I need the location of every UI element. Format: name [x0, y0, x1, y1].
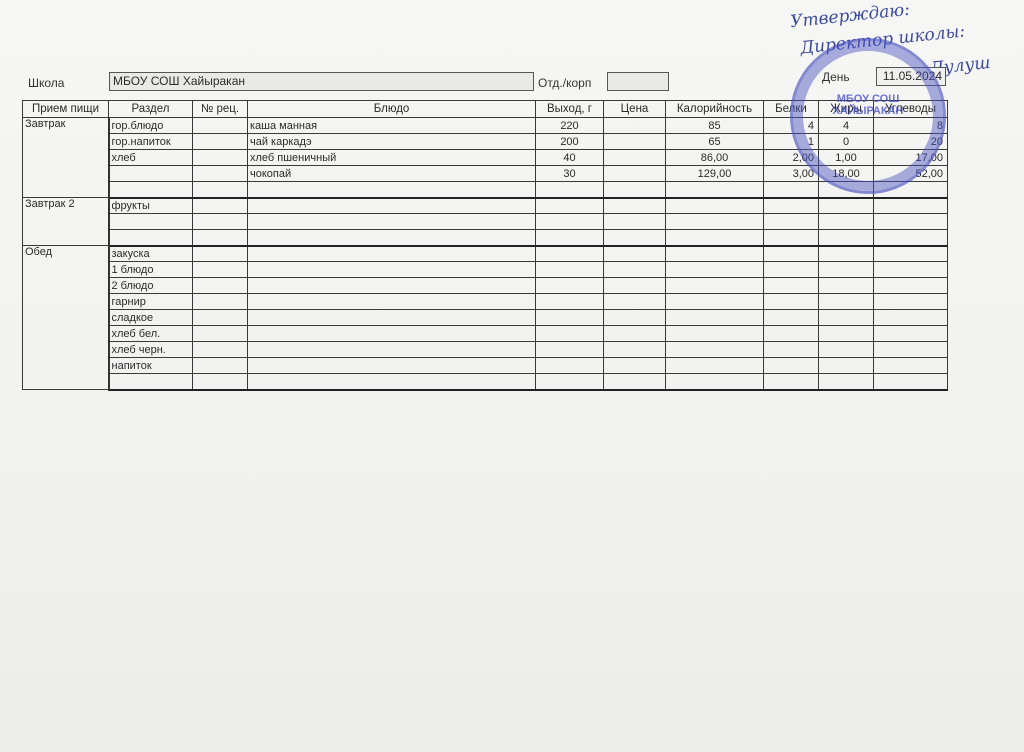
price-cell[interactable] [604, 166, 666, 182]
carbs-cell[interactable] [874, 198, 948, 214]
recipe-cell[interactable] [193, 246, 248, 262]
yield-cell[interactable]: 30 [536, 166, 604, 182]
calories-cell[interactable] [666, 230, 764, 246]
fats-cell[interactable]: 18,00 [819, 166, 874, 182]
section-cell[interactable]: хлеб черн. [109, 342, 193, 358]
meal-name-cell: Обед [23, 246, 109, 390]
dish-cell[interactable] [248, 342, 536, 358]
recipe-cell[interactable] [193, 326, 248, 342]
table-row: гор.напитокчай каркадэ200651020 [23, 134, 948, 150]
recipe-cell[interactable] [193, 118, 248, 134]
section-cell[interactable]: гор.блюдо [109, 118, 193, 134]
section-cell[interactable]: гор.напиток [109, 134, 193, 150]
section-cell[interactable]: 2 блюдо [109, 278, 193, 294]
carbs-cell[interactable] [874, 230, 948, 246]
dish-cell[interactable] [248, 198, 536, 214]
dish-cell[interactable] [248, 278, 536, 294]
carbs-cell[interactable] [874, 374, 948, 390]
proteins-cell[interactable] [764, 198, 819, 214]
price-cell[interactable] [604, 134, 666, 150]
carbs-cell[interactable] [874, 214, 948, 230]
fats-cell[interactable] [819, 294, 874, 310]
calories-cell[interactable]: 86,00 [666, 150, 764, 166]
recipe-cell[interactable] [193, 278, 248, 294]
fats-cell[interactable] [819, 262, 874, 278]
calories-cell[interactable] [666, 358, 764, 374]
col-dish: Блюдо [248, 101, 536, 118]
carbs-cell[interactable] [874, 326, 948, 342]
proteins-cell[interactable] [764, 230, 819, 246]
dish-cell[interactable] [248, 182, 536, 198]
proteins-cell[interactable] [764, 262, 819, 278]
table-row: чокопай30129,003,0018,0052,00 [23, 166, 948, 182]
school-label: Школа [28, 76, 64, 90]
section-cell[interactable]: гарнир [109, 294, 193, 310]
fats-cell[interactable]: 0 [819, 134, 874, 150]
col-recipe: № рец. [193, 101, 248, 118]
fats-cell[interactable] [819, 230, 874, 246]
carbs-cell[interactable] [874, 294, 948, 310]
table-row: Завтрак 2фрукты [23, 198, 948, 214]
table-row: хлеб черн. [23, 342, 948, 358]
calories-cell[interactable] [666, 198, 764, 214]
yield-cell[interactable] [536, 342, 604, 358]
calories-cell[interactable] [666, 214, 764, 230]
price-cell[interactable] [604, 326, 666, 342]
table-row: напиток [23, 358, 948, 374]
proteins-cell[interactable] [764, 294, 819, 310]
dish-cell[interactable]: чай каркадэ [248, 134, 536, 150]
dish-cell[interactable]: чокопай [248, 166, 536, 182]
table-row: сладкое [23, 310, 948, 326]
recipe-cell[interactable] [193, 230, 248, 246]
proteins-cell[interactable] [764, 278, 819, 294]
price-cell[interactable] [604, 150, 666, 166]
recipe-cell[interactable] [193, 198, 248, 214]
yield-cell[interactable] [536, 262, 604, 278]
col-meal: Прием пищи [23, 101, 109, 118]
fats-cell[interactable]: 1,00 [819, 150, 874, 166]
calories-cell[interactable]: 85 [666, 118, 764, 134]
carbs-cell[interactable]: 52,00 [874, 166, 948, 182]
recipe-cell[interactable] [193, 374, 248, 390]
school-field[interactable]: МБОУ СОШ Хайыракан [109, 72, 534, 91]
proteins-cell[interactable] [764, 310, 819, 326]
dish-cell[interactable]: каша манная [248, 118, 536, 134]
day-field[interactable]: 11.05.2024 [876, 67, 946, 86]
day-label: День [822, 70, 850, 84]
fats-cell[interactable] [819, 374, 874, 390]
recipe-cell[interactable] [193, 166, 248, 182]
proteins-cell[interactable] [764, 358, 819, 374]
carbs-cell[interactable] [874, 278, 948, 294]
calories-cell[interactable] [666, 310, 764, 326]
col-proteins: Белки [764, 101, 819, 118]
dish-cell[interactable] [248, 374, 536, 390]
section-cell[interactable] [109, 374, 193, 390]
table-row: хлеб бел. [23, 326, 948, 342]
col-section: Раздел [109, 101, 193, 118]
yield-cell[interactable] [536, 358, 604, 374]
recipe-cell[interactable] [193, 294, 248, 310]
fats-cell[interactable] [819, 246, 874, 262]
table-row: Завтракгор.блюдокаша манная22085448 [23, 118, 948, 134]
section-cell[interactable]: 1 блюдо [109, 262, 193, 278]
dept-label: Отд./корп [538, 76, 591, 90]
fats-cell[interactable] [819, 342, 874, 358]
table-row: 2 блюдо [23, 278, 948, 294]
proteins-cell[interactable]: 4 [764, 118, 819, 134]
section-cell[interactable]: напиток [109, 358, 193, 374]
carbs-cell[interactable] [874, 182, 948, 198]
calories-cell[interactable] [666, 246, 764, 262]
yield-cell[interactable]: 220 [536, 118, 604, 134]
table-row: хлебхлеб пшеничный4086,002,001,0017,00 [23, 150, 948, 166]
calories-cell[interactable] [666, 342, 764, 358]
calories-cell[interactable]: 129,00 [666, 166, 764, 182]
price-cell[interactable] [604, 310, 666, 326]
yield-cell[interactable]: 200 [536, 134, 604, 150]
carbs-cell[interactable] [874, 246, 948, 262]
carbs-cell[interactable]: 20 [874, 134, 948, 150]
col-fats: Жиры [819, 101, 874, 118]
price-cell[interactable] [604, 230, 666, 246]
section-cell[interactable] [109, 230, 193, 246]
dish-cell[interactable] [248, 310, 536, 326]
calories-cell[interactable] [666, 278, 764, 294]
price-cell[interactable] [604, 198, 666, 214]
price-cell[interactable] [604, 246, 666, 262]
dish-cell[interactable] [248, 326, 536, 342]
table-row [23, 214, 948, 230]
dish-cell[interactable]: хлеб пшеничный [248, 150, 536, 166]
section-cell[interactable]: хлеб [109, 150, 193, 166]
recipe-cell[interactable] [193, 358, 248, 374]
section-cell[interactable] [109, 182, 193, 198]
fats-cell[interactable] [819, 358, 874, 374]
section-cell[interactable]: фрукты [109, 198, 193, 214]
section-cell[interactable] [109, 166, 193, 182]
fats-cell[interactable] [819, 198, 874, 214]
yield-cell[interactable] [536, 294, 604, 310]
col-yield: Выход, г [536, 101, 604, 118]
price-cell[interactable] [604, 294, 666, 310]
calories-cell[interactable] [666, 182, 764, 198]
proteins-cell[interactable] [764, 326, 819, 342]
recipe-cell[interactable] [193, 182, 248, 198]
recipe-cell[interactable] [193, 310, 248, 326]
meal-name-cell: Завтрак 2 [23, 198, 109, 246]
price-cell[interactable] [604, 374, 666, 390]
recipe-cell[interactable] [193, 134, 248, 150]
carbs-cell[interactable]: 8 [874, 118, 948, 134]
recipe-cell[interactable] [193, 214, 248, 230]
meal-name-cell: Завтрак [23, 118, 109, 198]
dish-cell[interactable] [248, 214, 536, 230]
section-cell[interactable]: закуска [109, 246, 193, 262]
yield-cell[interactable] [536, 278, 604, 294]
fats-cell[interactable] [819, 214, 874, 230]
carbs-cell[interactable] [874, 358, 948, 374]
proteins-cell[interactable] [764, 182, 819, 198]
price-cell[interactable] [604, 278, 666, 294]
proteins-cell[interactable]: 3,00 [764, 166, 819, 182]
carbs-cell[interactable] [874, 262, 948, 278]
price-cell[interactable] [604, 358, 666, 374]
yield-cell[interactable] [536, 182, 604, 198]
dish-cell[interactable] [248, 294, 536, 310]
calories-cell[interactable]: 65 [666, 134, 764, 150]
fats-cell[interactable] [819, 182, 874, 198]
proteins-cell[interactable] [764, 374, 819, 390]
yield-cell[interactable]: 40 [536, 150, 604, 166]
dish-cell[interactable] [248, 230, 536, 246]
yield-cell[interactable] [536, 198, 604, 214]
carbs-cell[interactable] [874, 310, 948, 326]
price-cell[interactable] [604, 262, 666, 278]
proteins-cell[interactable] [764, 342, 819, 358]
section-cell[interactable] [109, 214, 193, 230]
yield-cell[interactable] [536, 374, 604, 390]
col-calories: Калорийность [666, 101, 764, 118]
recipe-cell[interactable] [193, 342, 248, 358]
yield-cell[interactable] [536, 214, 604, 230]
table-row [23, 230, 948, 246]
dish-cell[interactable] [248, 262, 536, 278]
menu-table: Прием пищи Раздел № рец. Блюдо Выход, г … [22, 100, 948, 391]
proteins-cell[interactable]: 1 [764, 134, 819, 150]
col-price: Цена [604, 101, 666, 118]
price-cell[interactable] [604, 214, 666, 230]
carbs-cell[interactable] [874, 342, 948, 358]
proteins-cell[interactable] [764, 246, 819, 262]
table-row: Обедзакуска [23, 246, 948, 262]
section-cell[interactable]: хлеб бел. [109, 326, 193, 342]
table-row: гарнир [23, 294, 948, 310]
yield-cell[interactable] [536, 310, 604, 326]
proteins-cell[interactable] [764, 214, 819, 230]
proteins-cell[interactable]: 2,00 [764, 150, 819, 166]
carbs-cell[interactable]: 17,00 [874, 150, 948, 166]
price-cell[interactable] [604, 118, 666, 134]
table-header-row: Прием пищи Раздел № рец. Блюдо Выход, г … [23, 101, 948, 118]
calories-cell[interactable] [666, 326, 764, 342]
calories-cell[interactable] [666, 374, 764, 390]
dish-cell[interactable] [248, 246, 536, 262]
dept-field[interactable] [607, 72, 669, 91]
recipe-cell[interactable] [193, 262, 248, 278]
section-cell[interactable]: сладкое [109, 310, 193, 326]
yield-cell[interactable] [536, 230, 604, 246]
table-row [23, 374, 948, 390]
dish-cell[interactable] [248, 358, 536, 374]
fats-cell[interactable] [819, 326, 874, 342]
col-carbs: Углеводы [874, 101, 948, 118]
fats-cell[interactable] [819, 278, 874, 294]
fats-cell[interactable]: 4 [819, 118, 874, 134]
yield-cell[interactable] [536, 326, 604, 342]
yield-cell[interactable] [536, 246, 604, 262]
calories-cell[interactable] [666, 294, 764, 310]
recipe-cell[interactable] [193, 150, 248, 166]
price-cell[interactable] [604, 182, 666, 198]
calories-cell[interactable] [666, 262, 764, 278]
table-row: 1 блюдо [23, 262, 948, 278]
table-row [23, 182, 948, 198]
price-cell[interactable] [604, 342, 666, 358]
fats-cell[interactable] [819, 310, 874, 326]
